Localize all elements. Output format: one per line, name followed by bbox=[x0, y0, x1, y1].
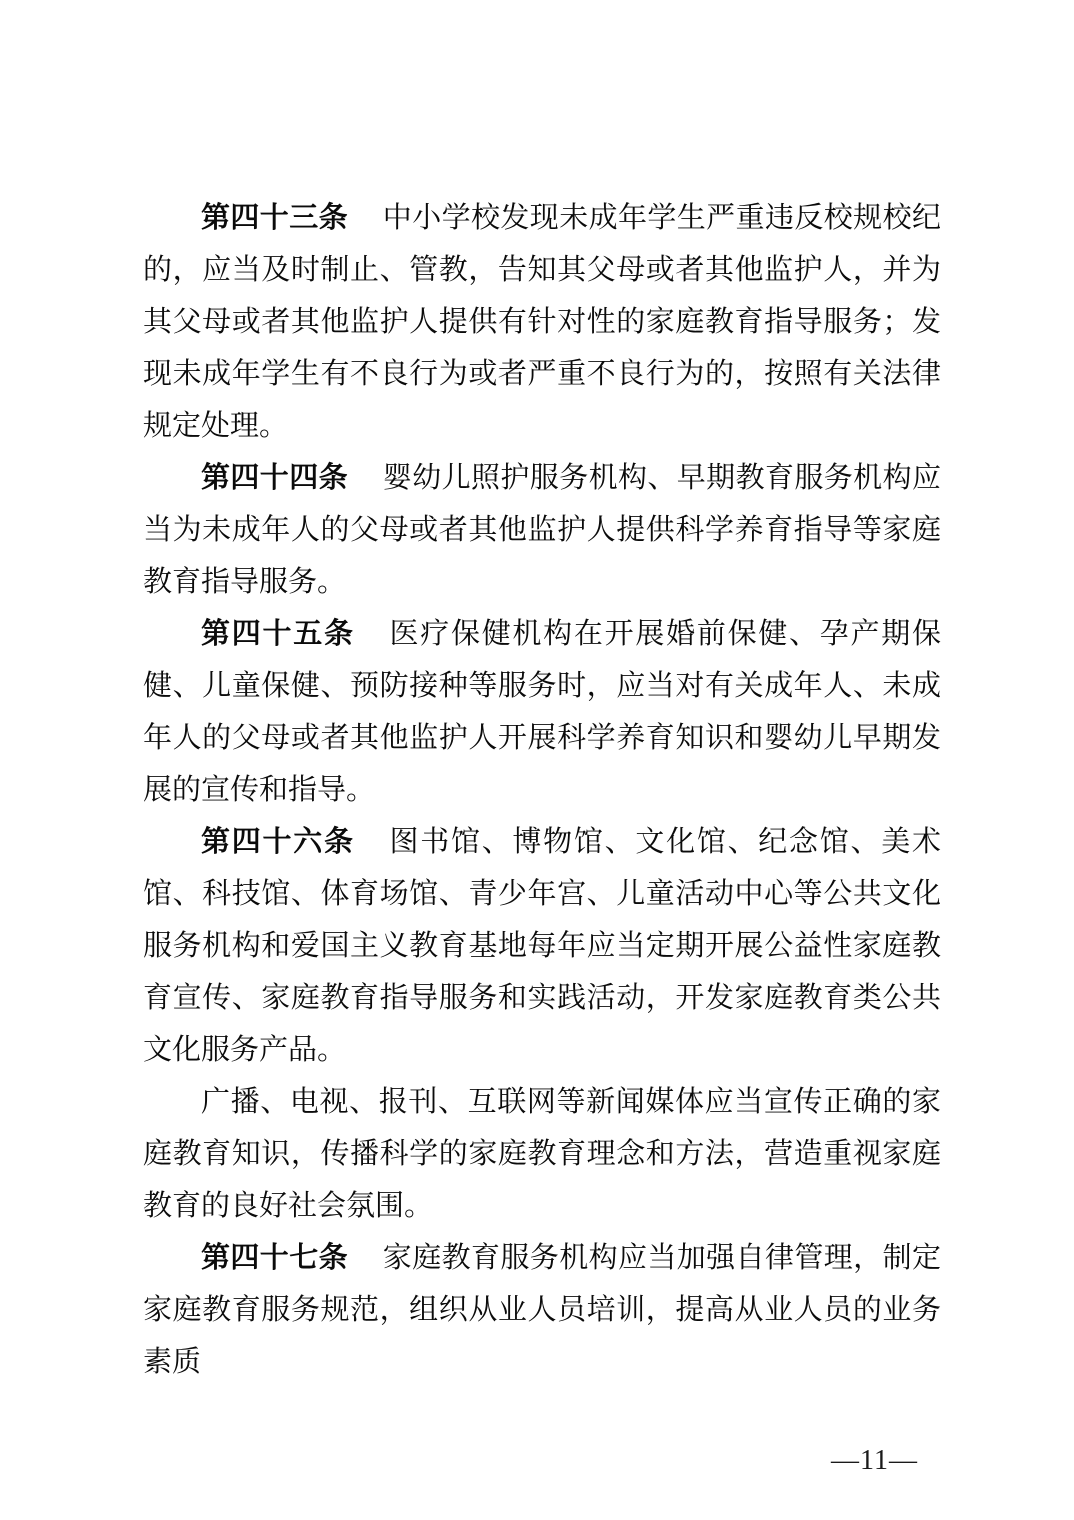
paragraph: 第四十六条图书馆、博物馆、文化馆、纪念馆、美术馆、科技馆、体育场馆、青少年宫、儿… bbox=[143, 816, 941, 1076]
paragraph: 第四十五条医疗保健机构在开展婚前保健、孕产期保健、儿童保健、预防接种等服务时，应… bbox=[143, 608, 941, 816]
page-number: —11— bbox=[831, 1445, 918, 1477]
paragraph-text: 广播、电视、报刊、互联网等新闻媒体应当宣传正确的家庭教育知识，传播科学的家庭教育… bbox=[143, 1086, 941, 1222]
paragraph: 广播、电视、报刊、互联网等新闻媒体应当宣传正确的家庭教育知识，传播科学的家庭教育… bbox=[143, 1076, 941, 1232]
paragraph: 第四十七条家庭教育服务机构应当加强自律管理，制定家庭教育服务规范，组织从业人员培… bbox=[143, 1232, 941, 1388]
article-number: 第四十三条 bbox=[201, 202, 348, 234]
paragraph: 第四十三条中小学校发现未成年学生严重违反校规校纪的，应当及时制止、管教，告知其父… bbox=[143, 192, 941, 452]
paragraph-text: 图书馆、博物馆、文化馆、纪念馆、美术馆、科技馆、体育场馆、青少年宫、儿童活动中心… bbox=[143, 826, 941, 1066]
article-number: 第四十七条 bbox=[201, 1242, 348, 1274]
article-number: 第四十五条 bbox=[201, 618, 355, 650]
article-number: 第四十四条 bbox=[201, 462, 348, 494]
article-number: 第四十六条 bbox=[201, 826, 355, 858]
paragraph-text: 中小学校发现未成年学生严重违反校规校纪的，应当及时制止、管教，告知其父母或者其他… bbox=[143, 202, 941, 442]
paragraph: 第四十四条婴幼儿照护服务机构、早期教育服务机构应当为未成年人的父母或者其他监护人… bbox=[143, 452, 941, 608]
document-page: 第四十三条中小学校发现未成年学生严重违反校规校纪的，应当及时制止、管教，告知其父… bbox=[0, 0, 1074, 1520]
document-body: 第四十三条中小学校发现未成年学生严重违反校规校纪的，应当及时制止、管教，告知其父… bbox=[143, 192, 941, 1388]
